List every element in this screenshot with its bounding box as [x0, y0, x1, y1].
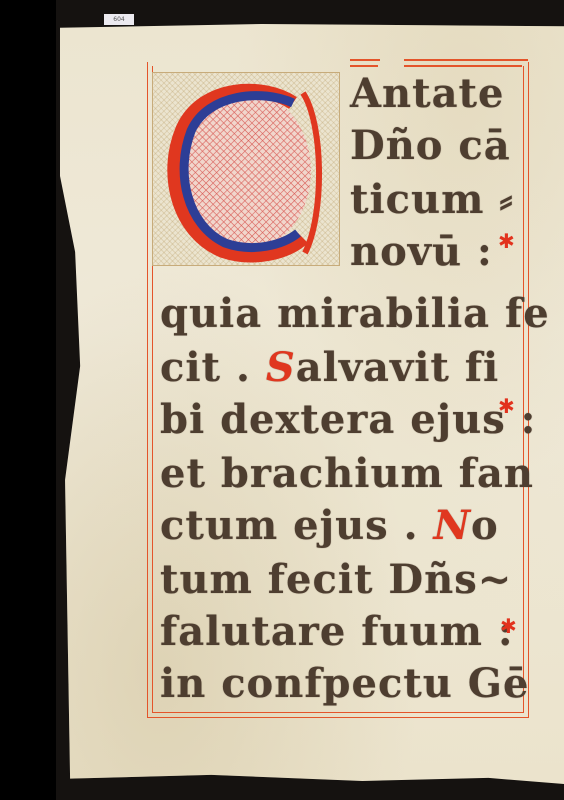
rubricated-initial-s: S — [266, 344, 296, 391]
folio-label: 604 — [104, 14, 134, 25]
rubricated-initial-n: N — [433, 502, 471, 549]
scanner-background-band — [0, 0, 56, 800]
frame-top-rule — [404, 59, 528, 61]
initial-c-icon — [153, 73, 339, 265]
rosette-icon: ✱ — [498, 231, 515, 251]
text-line: quia mirabilia fe — [160, 290, 550, 337]
rosette-icon: ✱ — [498, 396, 515, 416]
text-line: Antate — [350, 70, 504, 117]
text-line: ticum ⸗ — [350, 176, 514, 223]
text-line: et brachium fan — [160, 450, 534, 497]
text-line: cit . Salvavit fi — [160, 344, 499, 391]
text-line: Dño cā — [350, 122, 511, 169]
rosette-icon: ✱ — [500, 616, 517, 636]
text-line: in confpectu Gē — [160, 660, 529, 707]
text-line: bi dextera ejus : — [160, 396, 536, 443]
text-line: novū : — [350, 228, 493, 275]
decorated-initial-box — [152, 72, 340, 266]
frame-top-rule — [350, 59, 380, 61]
text-line: falutare fuum : — [160, 608, 514, 655]
text-line: tum fecit Dñs~ — [160, 556, 512, 603]
text-line: ctum ejus . No — [160, 502, 499, 549]
